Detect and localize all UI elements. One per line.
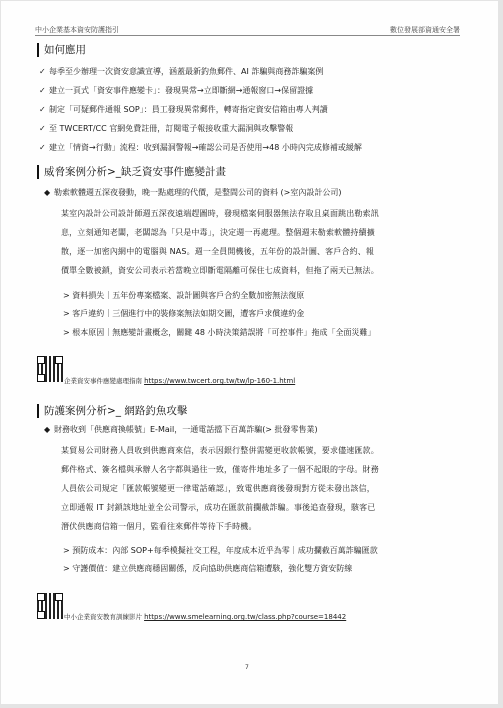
checklist-item: ✓制定「可疑郵件通報 SOP」：員工發現異常郵件，轉寄指定資安信箱由專人判讀 (39, 104, 328, 115)
case-body-line: 潛伏供應商信箱一個月，監看往來郵件等待下手時機。 (61, 521, 257, 532)
section-title-defense-case: 防護案例分析>_ 網路釣魚攻擊 (37, 404, 187, 418)
checklist-item: ✓每季至少辦理一次資安意識宣導，涵蓋最新釣魚郵件、AI 詐騙與商務詐騙案例 (39, 66, 323, 77)
check-icon: ✓ (39, 124, 49, 133)
resource-caption: 中小企業資安教育訓練影片 (64, 613, 142, 621)
diamond-bullet-icon: ◆ (44, 425, 54, 434)
case-body-line: 息，立刻通知老闆，老闆認為「只是中毒」，決定週一再處理。整個週末勒索軟體持續擴 (61, 227, 375, 238)
twcert-guide-link[interactable]: https://www.twcert.org.tw/tw/lp-160-1.ht… (144, 377, 295, 385)
case-result-line: > 守護價值：建立供應商穩固關係，反向協助供應商信箱遭駭，強化雙方資安防線 (63, 563, 352, 574)
case-body-line: 郵件格式、簽名檔與承辦人名字都與過往一致，僅寄件地址多了一個不起眼的字母。財務 (61, 464, 379, 475)
case-lead: ◆財務收到「供應商換帳號」E-Mail，一通電話擋下百萬詐騙(> 批發零售業) (44, 424, 318, 435)
resource-caption: 企業資安事件應變處理指南 (64, 377, 142, 385)
case-result-line: > 預防成本：內部 SOP+每季模擬社交工程，年度成本近乎為零｜成功攔截百萬詐騙… (63, 545, 378, 556)
resource-link-row: 中小企業資安教育訓練影片 https://www.smelearning.org… (64, 612, 346, 621)
check-icon: ✓ (39, 86, 49, 95)
case-result-line: > 根本原因｜無應變計畫概念，關鍵 48 小時決策錯誤將「可控事件」拖成「全面災… (63, 327, 376, 338)
case-body-line: 立即通報 IT 封鎖該地址並全公司警示，成功在匯款前攔截詐騙。事後追查發現，駭客… (61, 502, 375, 513)
qr-code-icon[interactable] (37, 356, 63, 382)
section-title-threat-case: 威脅案例分析>_缺乏資安事件應變計畫 (37, 165, 226, 179)
document-page: 中小企業基本資安防護指引 數位發展部資通安全署 如何應用 ✓每季至少辦理一次資安… (1, 1, 498, 704)
check-icon: ✓ (39, 67, 49, 76)
case-body-line: 價單全數被鎖，資安公司表示若當晚立即斷電隔離可保住七成資料，但拖了兩天已無法。 (61, 265, 379, 276)
case-result-line: > 客戶違約｜三個進行中的裝修案無法如期交圖，遭客戶求償違約金 (63, 308, 304, 319)
case-body-line: 某貿易公司財務人員收到供應商來信，表示因銀行整併需變更收款帳號，要求儘速匯款。 (61, 445, 379, 456)
header-right-title: 數位發展部資通安全署 (390, 25, 460, 35)
resource-link-row: 企業資安事件應變處理指南 https://www.twcert.org.tw/t… (64, 376, 295, 385)
case-body-line: 散，逐一加密內網中的電腦與 NAS。週一全員開機後，五年份的設計圖、客戶合約、報 (61, 246, 374, 257)
header-rule (35, 35, 460, 36)
case-lead: ◆勒索軟體週五深夜發動，晚一點處理的代價，是整間公司的資料 (>室內設計公司) (44, 187, 342, 198)
page-number: 7 (245, 664, 249, 671)
case-body-line: 人員依公司規定「匯款帳號變更一律電話確認」，致電供應商後發現對方從未發出該信， (61, 483, 375, 494)
checklist-item: ✓至 TWCERT/CC 官網免費註冊，訂閱電子報接收重大漏洞與攻擊警報 (39, 123, 293, 134)
qr-code-icon[interactable] (37, 593, 63, 619)
checklist-item: ✓建立「情資→行動」流程：收到漏洞警報→確認公司是否使用→48 小時內完成修補或… (39, 142, 362, 153)
case-result-line: > 資料損失｜五年份專案檔案、設計圖與客戶合約全數加密無法復原 (63, 290, 304, 301)
check-icon: ✓ (39, 105, 49, 114)
checklist-item: ✓建立一頁式「資安事件應變卡」：發現異常→立即斷網→通報窗口→保留證據 (39, 85, 313, 96)
section-title-how-to-apply: 如何應用 (37, 43, 86, 57)
header-left-title: 中小企業基本資安防護指引 (35, 25, 119, 35)
diamond-bullet-icon: ◆ (44, 188, 54, 197)
check-icon: ✓ (39, 143, 49, 152)
case-body-line: 某室內設計公司設計師週五深夜遠端趕圖時，發現檔案伺服器無法存取且桌面跳出勒索訊 (61, 208, 379, 219)
smelearning-video-link[interactable]: https://www.smelearning.org.tw/class.php… (144, 613, 346, 621)
